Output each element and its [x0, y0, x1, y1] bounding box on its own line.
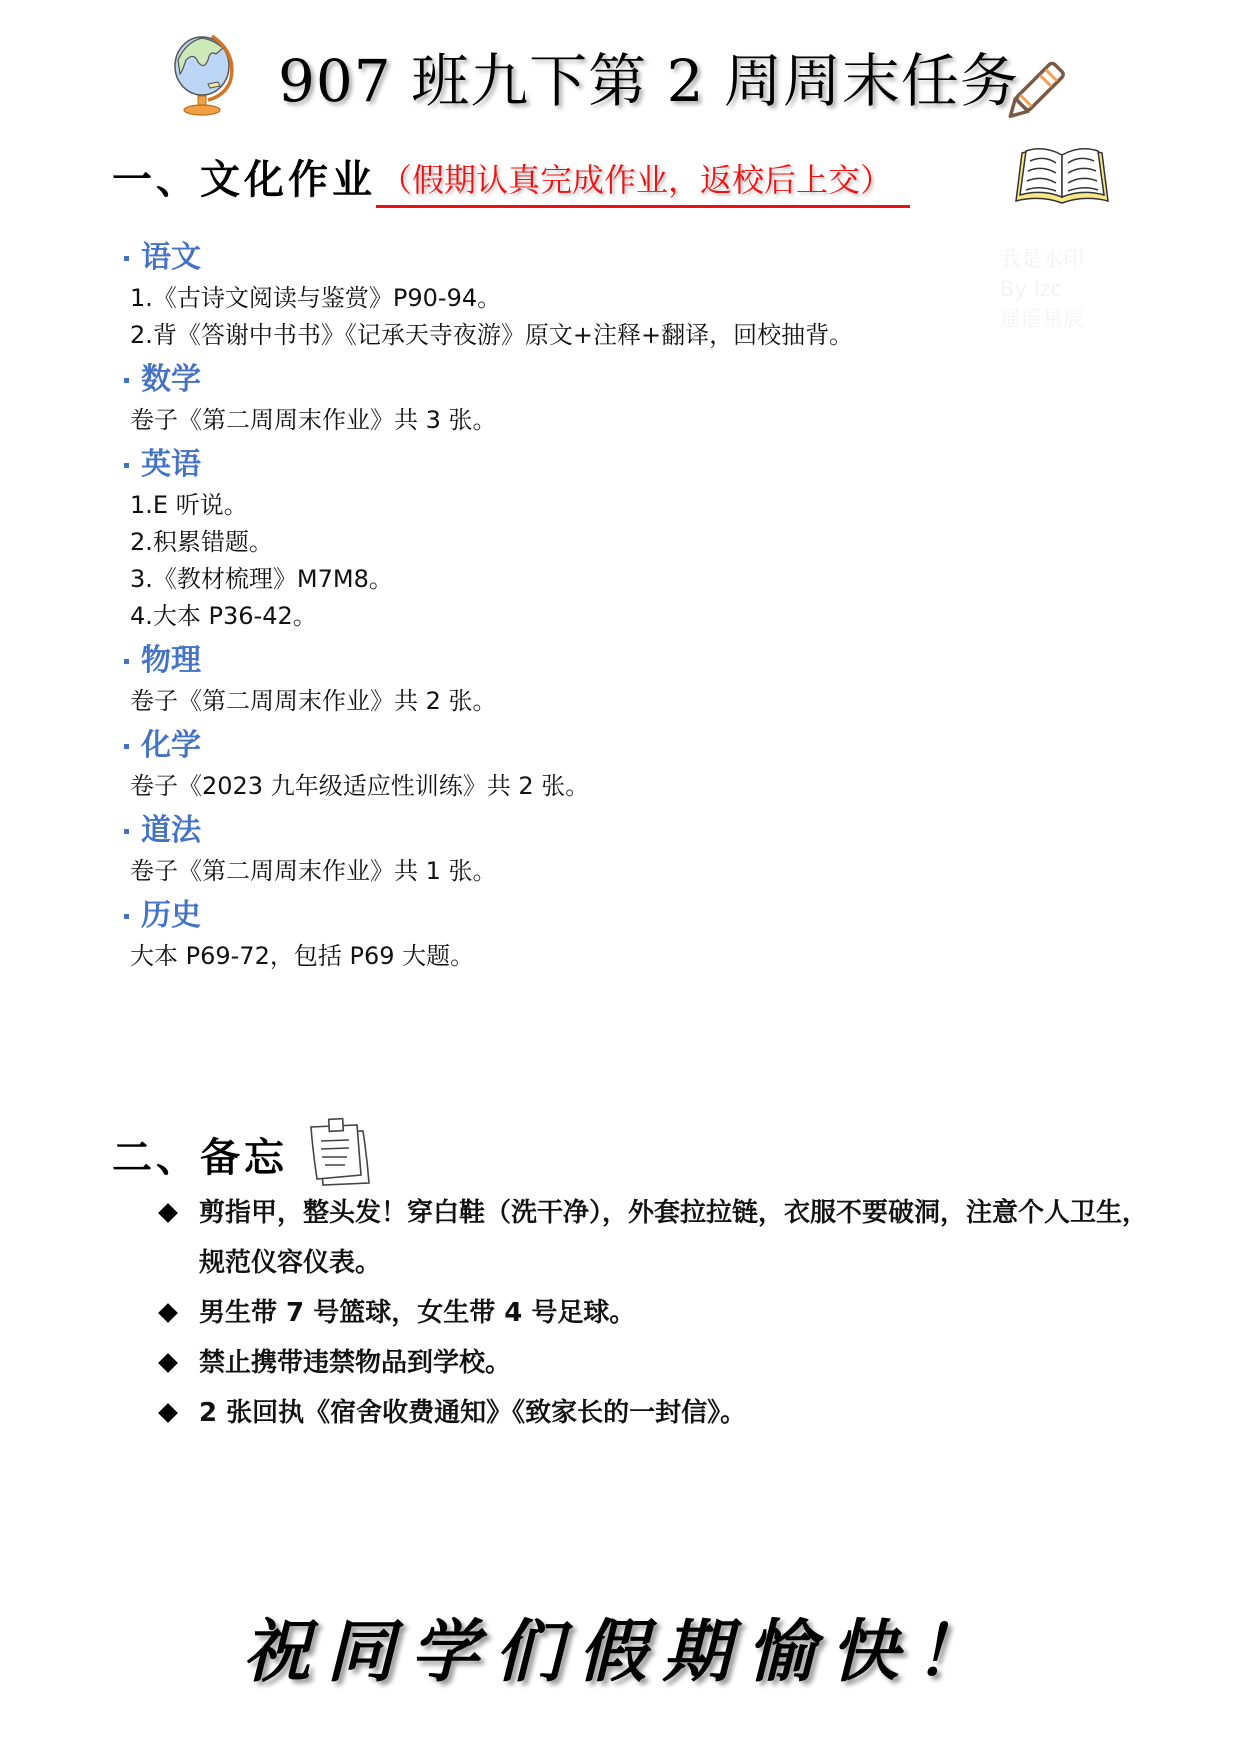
subject-history: 历史 大本 P69-72，包括 P69 大题。 [122, 894, 1082, 975]
subject-morality-law: 道法 卷子《第二周周末作业》共 1 张。 [122, 809, 1082, 890]
memo-item: 禁止携带违禁物品到学校。 [155, 1338, 1155, 1388]
subject-math: 数学 卷子《第二周周末作业》共 3 张。 [122, 358, 1082, 439]
bullet-icon [124, 744, 129, 749]
bullet-icon [124, 378, 129, 383]
subject-task: 1.E 听说。 [122, 487, 1082, 524]
subject-name: 物理 [141, 640, 201, 682]
section-homework-title: 一、文化作业 [112, 152, 376, 208]
subject-task: 大本 P69-72，包括 P69 大题。 [122, 938, 1082, 975]
farewell-message: 祝同学们假期愉快！ [0, 1598, 1241, 1695]
diamond-bullet-icon [158, 1203, 178, 1223]
subject-task: 卷子《2023 九年级适应性训练》共 2 张。 [122, 768, 1082, 805]
section-memo-title: 二、备忘 [112, 1130, 288, 1186]
memo-text: 2 张回执《宿舍收费通知》《致家长的一封信》。 [199, 1388, 1155, 1438]
section-homework-header: 一、文化作业（假期认真完成作业，返校后上交） [112, 152, 910, 212]
memo-item: 男生带 7 号篮球，女生带 4 号足球。 [155, 1288, 1155, 1338]
memo-text: 禁止携带违禁物品到学校。 [199, 1338, 1155, 1388]
memo-text: 剪指甲，整头发！穿白鞋（洗干净），外套拉拉链，衣服不要破洞，注意个人卫生，规范仪… [199, 1188, 1155, 1288]
subject-name: 道法 [141, 810, 201, 852]
subject-task: 卷子《第二周周末作业》共 1 张。 [122, 853, 1082, 890]
subject-task: 2.积累错题。 [122, 524, 1082, 561]
memo-list: 剪指甲，整头发！穿白鞋（洗干净），外套拉拉链，衣服不要破洞，注意个人卫生，规范仪… [155, 1188, 1155, 1438]
bullet-icon [124, 463, 129, 468]
diamond-bullet-icon [158, 1353, 178, 1373]
diamond-bullet-icon [158, 1403, 178, 1423]
memo-item: 2 张回执《宿舍收费通知》《致家长的一封信》。 [155, 1388, 1155, 1438]
section-memo-header: 二、备忘 [112, 1130, 288, 1186]
subject-list: 语文 1.《古诗文阅读与鉴赏》P90-94。 2.背《答谢中书书》《记承天寺夜游… [122, 236, 1082, 979]
open-book-icon [1012, 145, 1112, 207]
subject-english: 英语 1.E 听说。 2.积累错题。 3.《教材梳理》M7M8。 4.大本 P3… [122, 443, 1082, 635]
subject-task: 2.背《答谢中书书》《记承天寺夜游》原文+注释+翻译，回校抽背。 [122, 317, 1082, 354]
memo-text: 男生带 7 号篮球，女生带 4 号足球。 [199, 1288, 1155, 1338]
memo-note-icon [305, 1117, 375, 1189]
subject-name: 历史 [141, 895, 201, 937]
diamond-bullet-icon [158, 1303, 178, 1323]
subject-name: 数学 [141, 359, 201, 401]
subject-task: 卷子《第二周周末作业》共 2 张。 [122, 683, 1082, 720]
bullet-icon [124, 914, 129, 919]
subject-chemistry: 化学 卷子《2023 九年级适应性训练》共 2 张。 [122, 724, 1082, 805]
page-title: 907 班九下第 2 周周末任务 [278, 46, 1019, 116]
memo-item: 剪指甲，整头发！穿白鞋（洗干净），外套拉拉链，衣服不要破洞，注意个人卫生，规范仪… [155, 1188, 1155, 1288]
subject-physics: 物理 卷子《第二周周末作业》共 2 张。 [122, 639, 1082, 720]
bullet-icon [124, 829, 129, 834]
section-homework-subtitle: （假期认真完成作业，返校后上交） [376, 155, 910, 208]
subject-task: 3.《教材梳理》M7M8。 [122, 561, 1082, 598]
bullet-icon [124, 256, 129, 261]
subject-task: 1.《古诗文阅读与鉴赏》P90-94。 [122, 280, 1082, 317]
subject-name: 语文 [141, 237, 201, 279]
bullet-icon [124, 659, 129, 664]
subject-task: 卷子《第二周周末作业》共 3 张。 [122, 402, 1082, 439]
subject-name: 化学 [141, 725, 201, 767]
pencil-icon [1005, 45, 1085, 120]
subject-name: 英语 [141, 444, 201, 486]
subject-task: 4.大本 P36-42。 [122, 598, 1082, 635]
subject-chinese: 语文 1.《古诗文阅读与鉴赏》P90-94。 2.背《答谢中书书》《记承天寺夜游… [122, 236, 1082, 354]
